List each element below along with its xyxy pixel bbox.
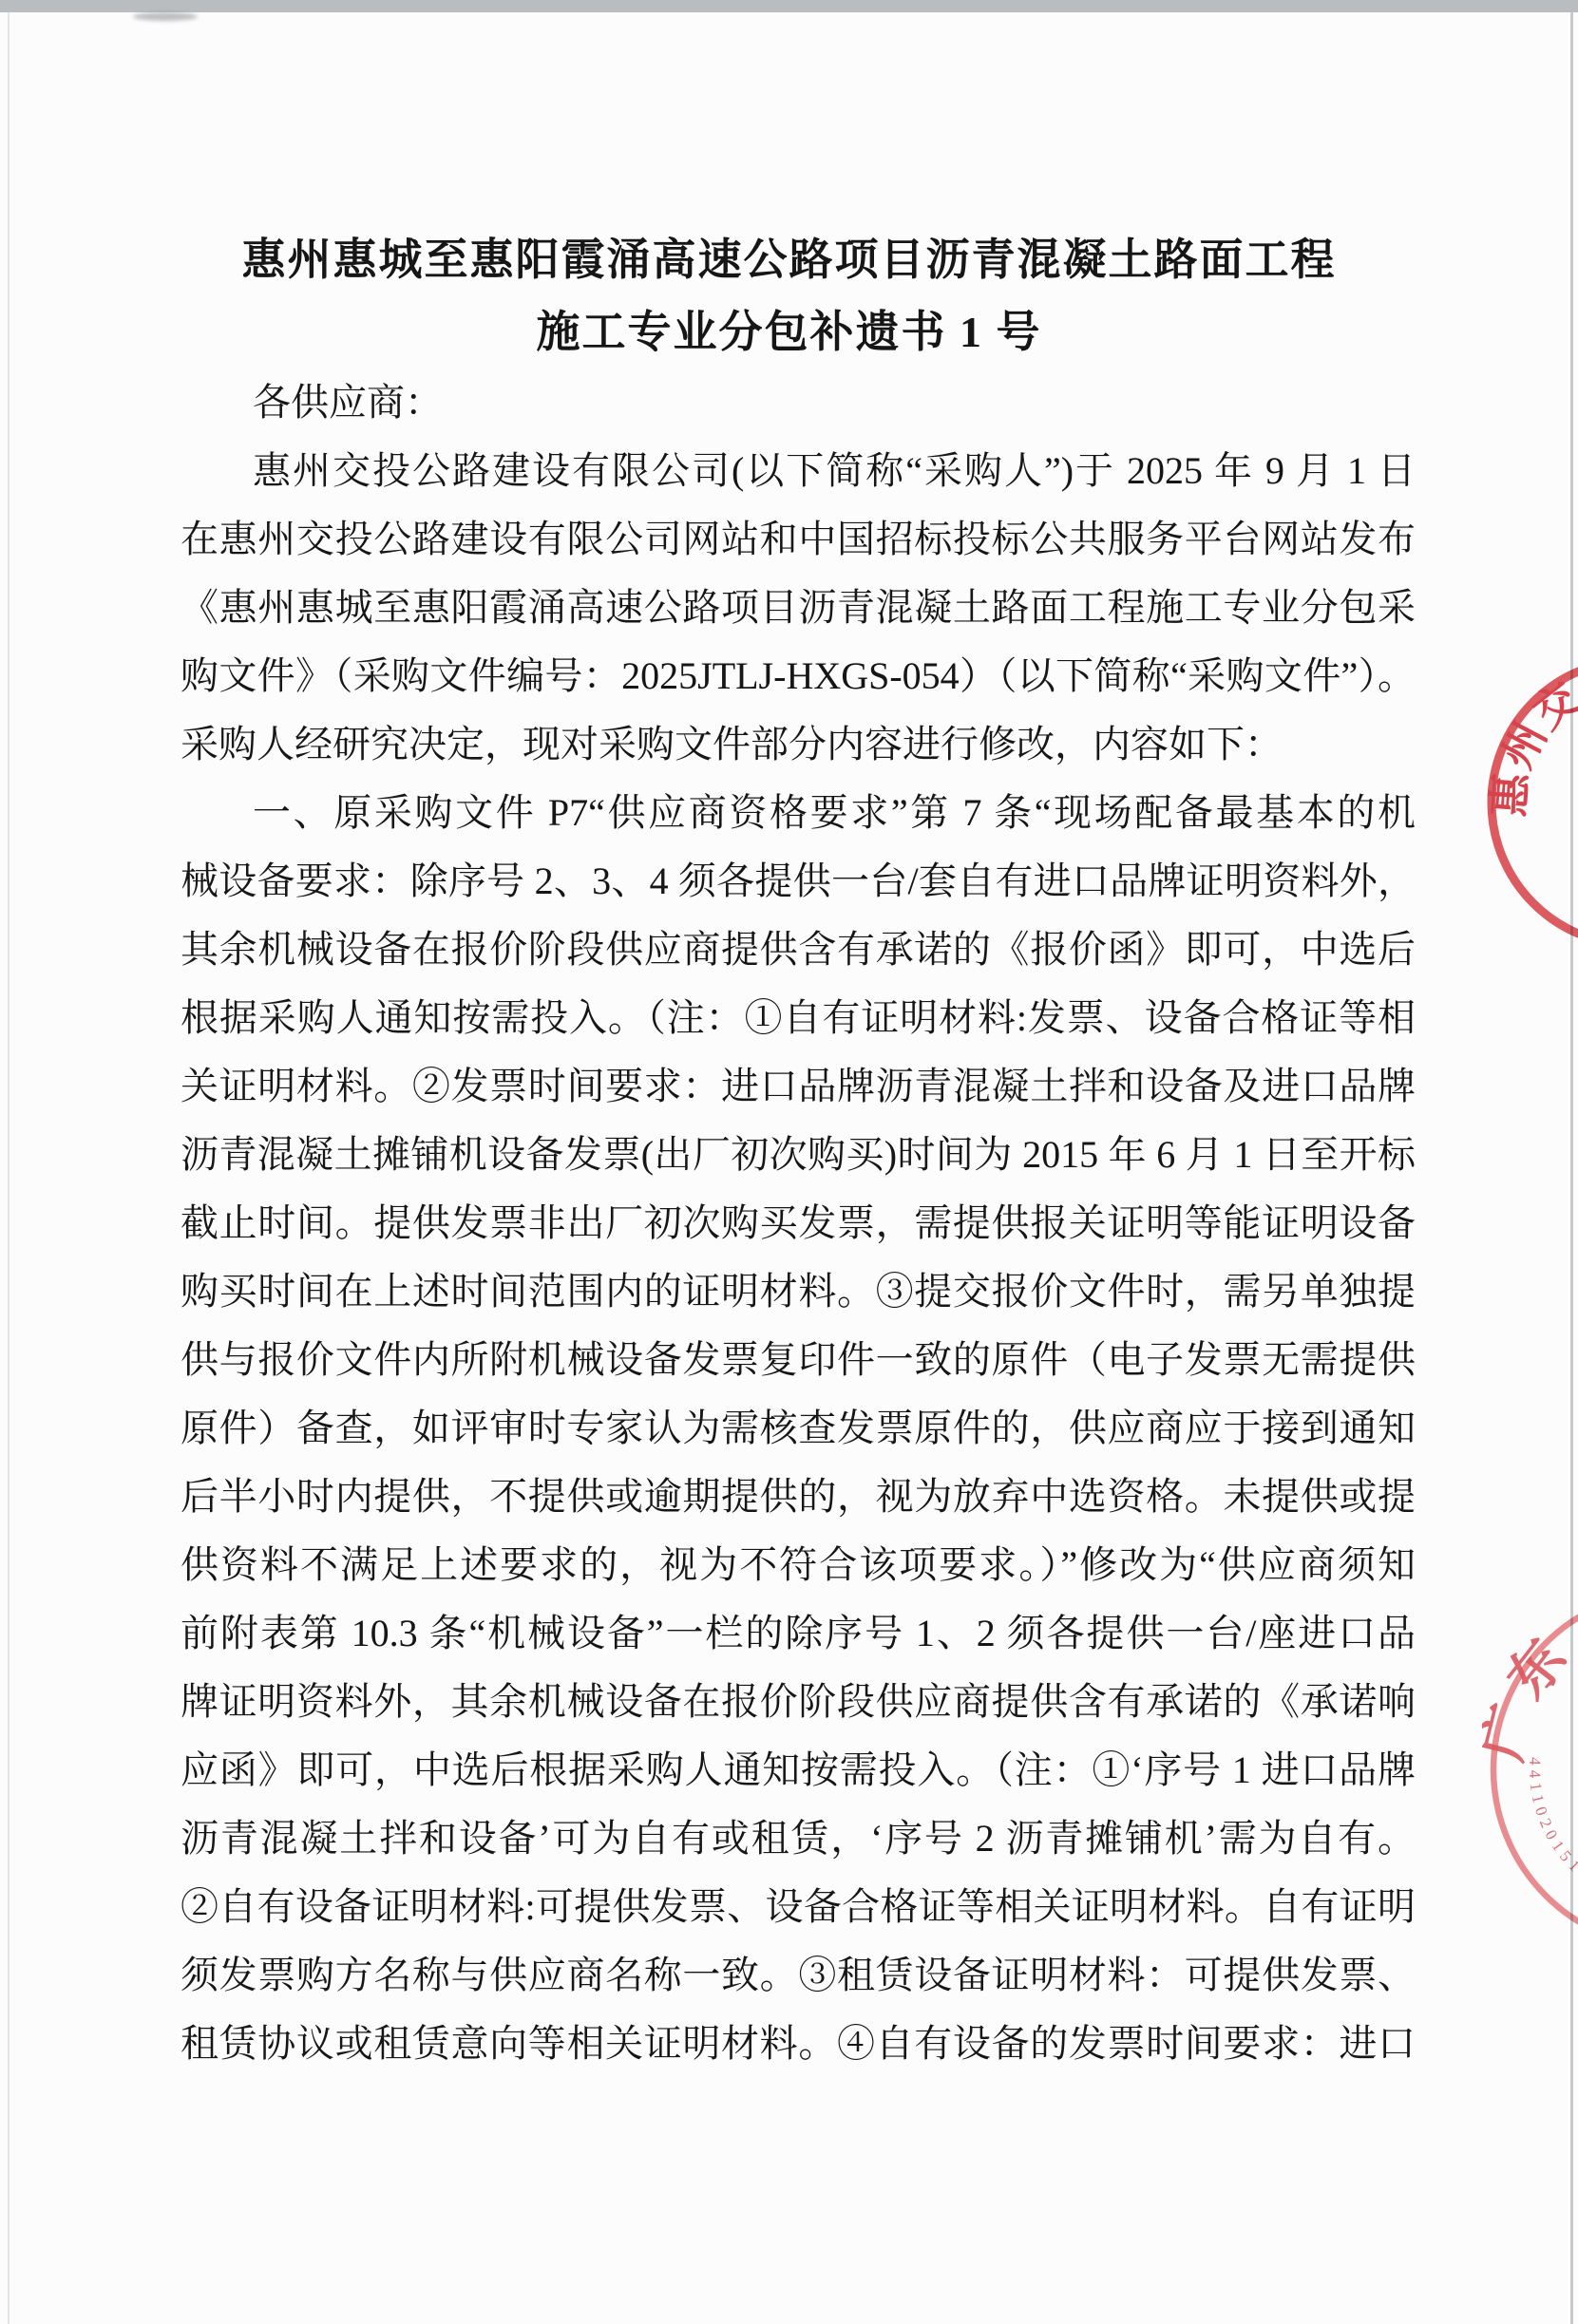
seal-digits: 4411020151 (1526, 1757, 1578, 1879)
body-line: 采购人经研究决定，现对采购文件部分内容进行修改，内容如下： (181, 710, 1416, 779)
body-line: 一、原采购文件 P7“供应商资格要求”第 7 条“现场配备最基本的机 (181, 779, 1416, 847)
svg-text:惠州交: 惠州交 (1485, 672, 1578, 819)
red-seal-upper: 惠州交 (1463, 622, 1578, 1002)
salutation: 各供应商： (181, 368, 1416, 437)
body-line: 惠州交投公路建设有限公司(以下简称“采购人”)于 2025 年 9 月 1 日 (181, 437, 1416, 505)
red-seal-lower: 广东 4411020151 (1482, 1577, 1578, 1994)
body-line: 械设备要求：除序号 2、3、4 须各提供一台/套自有进口品牌证明资料外， (181, 847, 1416, 916)
body-line: 前附表第 10.3 条“机械设备”一栏的除序号 1、2 须各提供一台/座进口品 (181, 1599, 1416, 1668)
body-line: 在惠州交投公路建设有限公司网站和中国招标投标公共服务平台网站发布 (181, 505, 1416, 574)
body-line: 沥青混凝土摊铺机设备发票(出厂初次购买)时间为 2015 年 6 月 1 日至开… (181, 1121, 1416, 1189)
scan-edge-top (0, 0, 1578, 12)
scan-edge-left (8, 12, 10, 2324)
body-line: ②自有设备证明材料:可提供发票、设备合格证等相关证明材料。自有证明 (181, 1873, 1416, 1941)
seal-text: 广东 (1482, 1622, 1578, 1767)
scan-smudge (133, 12, 198, 21)
scanned-document-page: 惠州惠城至惠阳霞涌高速公路项目沥青混凝土路面工程 施工专业分包补遗书 1 号 各… (0, 0, 1578, 2324)
document-title: 惠州惠城至惠阳霞涌高速公路项目沥青混凝土路面工程 施工专业分包补遗书 1 号 (0, 0, 1578, 368)
body-line: 关证明材料。②发票时间要求：进口品牌沥青混凝土拌和设备及进口品牌 (181, 1052, 1416, 1121)
body-line: 后半小时内提供，不提供或逾期提供的，视为放弃中选资格。未提供或提 (181, 1463, 1416, 1531)
document-title-line1: 惠州惠城至惠阳霞涌高速公路项目沥青混凝土路面工程 (0, 224, 1578, 296)
body-line: 购买时间在上述时间范围内的证明材料。③提交报价文件时，需另单独提 (181, 1257, 1416, 1326)
body-line: 租赁协议或租赁意向等相关证明材料。④自有设备的发票时间要求：进口 (181, 2010, 1416, 2078)
seal-text: 惠州交 (1485, 672, 1578, 819)
svg-text:4411020151: 4411020151 (1526, 1757, 1578, 1879)
body-line: 《惠州惠城至惠阳霞涌高速公路项目沥青混凝土路面工程施工专业分包采 (181, 574, 1416, 642)
body-line: 沥青混凝土拌和设备’可为自有或租赁，‘序号 2 沥青摊铺机’需为自有。 (181, 1804, 1416, 1873)
document-title-line2: 施工专业分包补遗书 1 号 (0, 296, 1578, 368)
body-line: 购文件》（采购文件编号：2025JTLJ-HXGS-054）（以下简称“采购文件… (181, 642, 1416, 710)
body-line: 应函》即可，中选后根据采购人通知按需投入。（注：①‘序号 1 进口品牌 (181, 1736, 1416, 1804)
svg-text:广东: 广东 (1482, 1622, 1578, 1767)
body-line: 须发票购方名称与供应商名称一致。③租赁设备证明材料：可提供发票、 (181, 1941, 1416, 2010)
body-line: 供资料不满足上述要求的，视为不符合该项要求。）”修改为“供应商须知 (181, 1531, 1416, 1599)
body-line: 原件）备查，如评审时专家认为需核查发票原件的，供应商应于接到通知 (181, 1394, 1416, 1463)
body-line: 截止时间。提供发票非出厂初次购买发票，需提供报关证明等能证明设备 (181, 1189, 1416, 1257)
body-line: 根据采购人通知按需投入。（注：①自有证明材料:发票、设备合格证等相 (181, 984, 1416, 1052)
body-line: 其余机械设备在报价阶段供应商提供含有承诺的《报价函》即可，中选后 (181, 916, 1416, 984)
body-line: 牌证明资料外，其余机械设备在报价阶段供应商提供含有承诺的《承诺响 (181, 1668, 1416, 1736)
document-body: 各供应商： 惠州交投公路建设有限公司(以下简称“采购人”)于 2025 年 9 … (181, 368, 1416, 2078)
body-line: 供与报价文件内所附机械设备发票复印件一致的原件（电子发票无需提供 (181, 1326, 1416, 1394)
